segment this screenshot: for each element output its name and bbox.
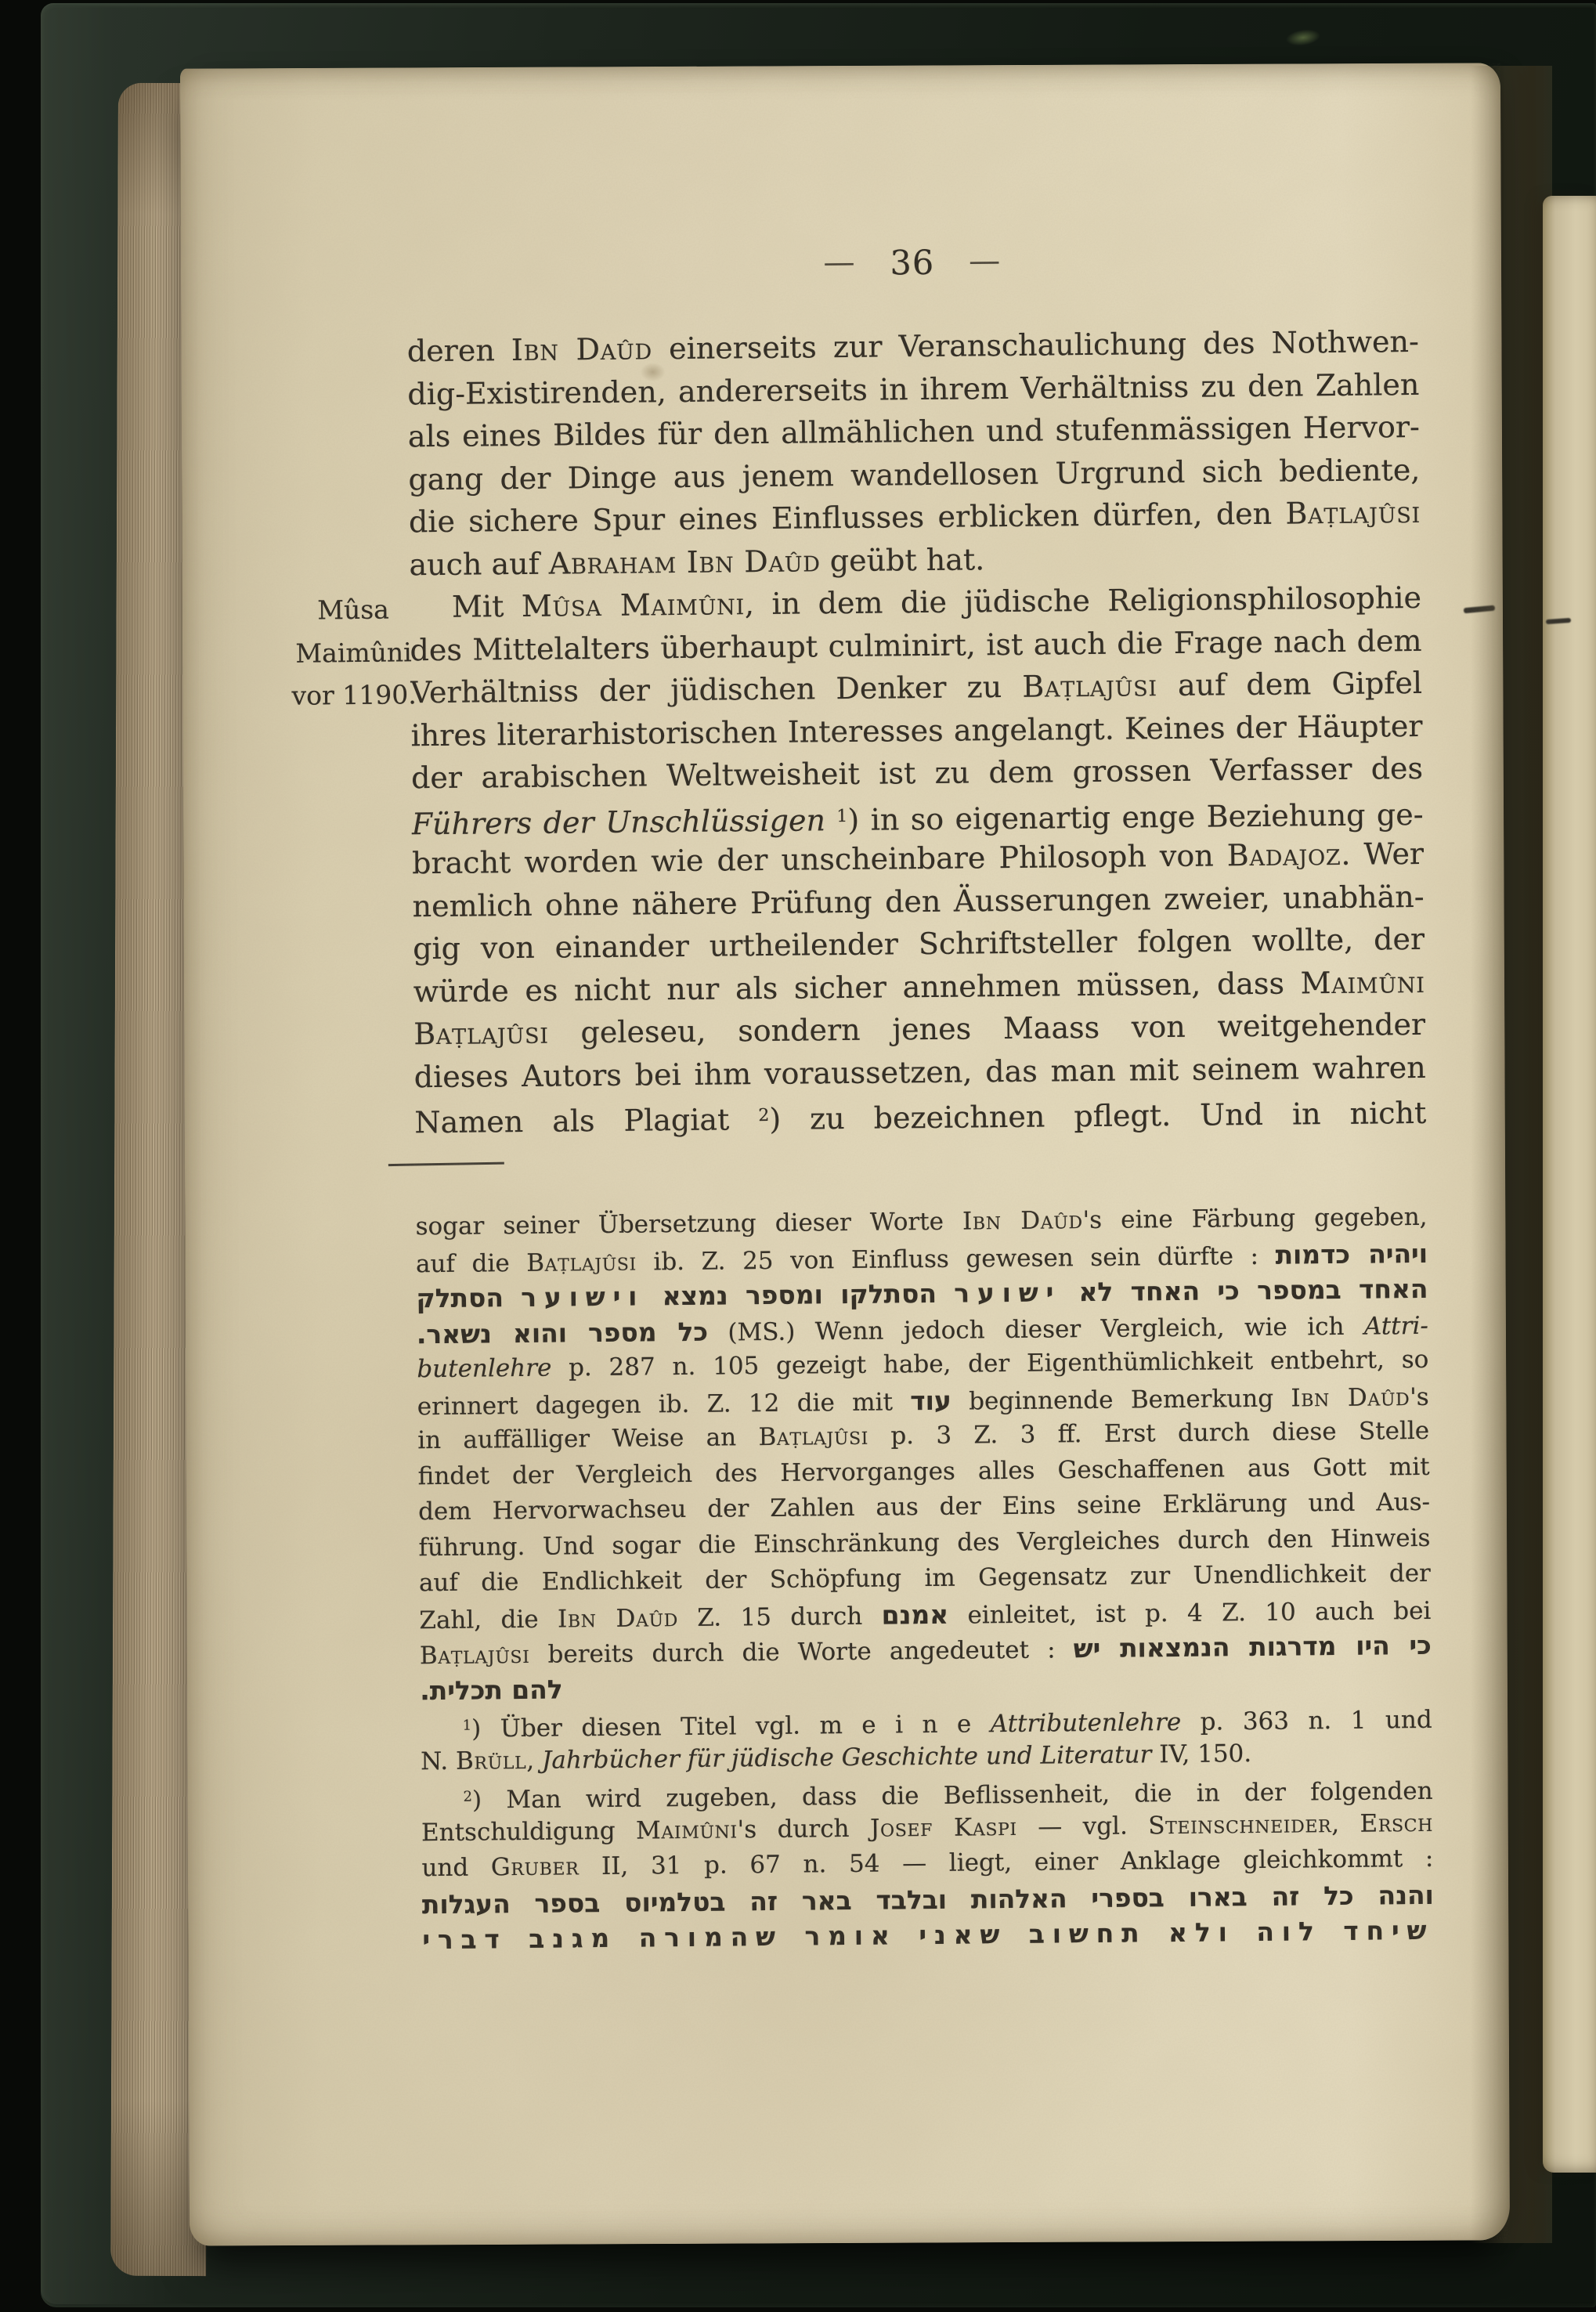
- body-text: deren Ibn Daûd einerseits zur Veranschau…: [407, 320, 1427, 1141]
- page-header: —36—: [406, 239, 1418, 292]
- text-line: Namen als Plagiat 2) zu bezeichnen pfleg…: [414, 1089, 1426, 1141]
- header-dash-left: —: [823, 244, 855, 280]
- footnote-text: sogar seiner Übersetzung dieser Worte Ib…: [415, 1200, 1434, 1958]
- page-content: —36— Mûsa Maimûni vor 1190. deren Ibn Da…: [175, 60, 1517, 2249]
- book-page: —36— Mûsa Maimûni vor 1190. deren Ibn Da…: [180, 63, 1510, 2245]
- facing-page-edge: [1543, 196, 1596, 2173]
- header-dash-right: —: [969, 243, 1001, 279]
- footnote-separator: [388, 1162, 504, 1166]
- book-photo: —36— Mûsa Maimûni vor 1190. deren Ibn Da…: [0, 0, 1596, 2312]
- page-number: 36: [890, 244, 934, 284]
